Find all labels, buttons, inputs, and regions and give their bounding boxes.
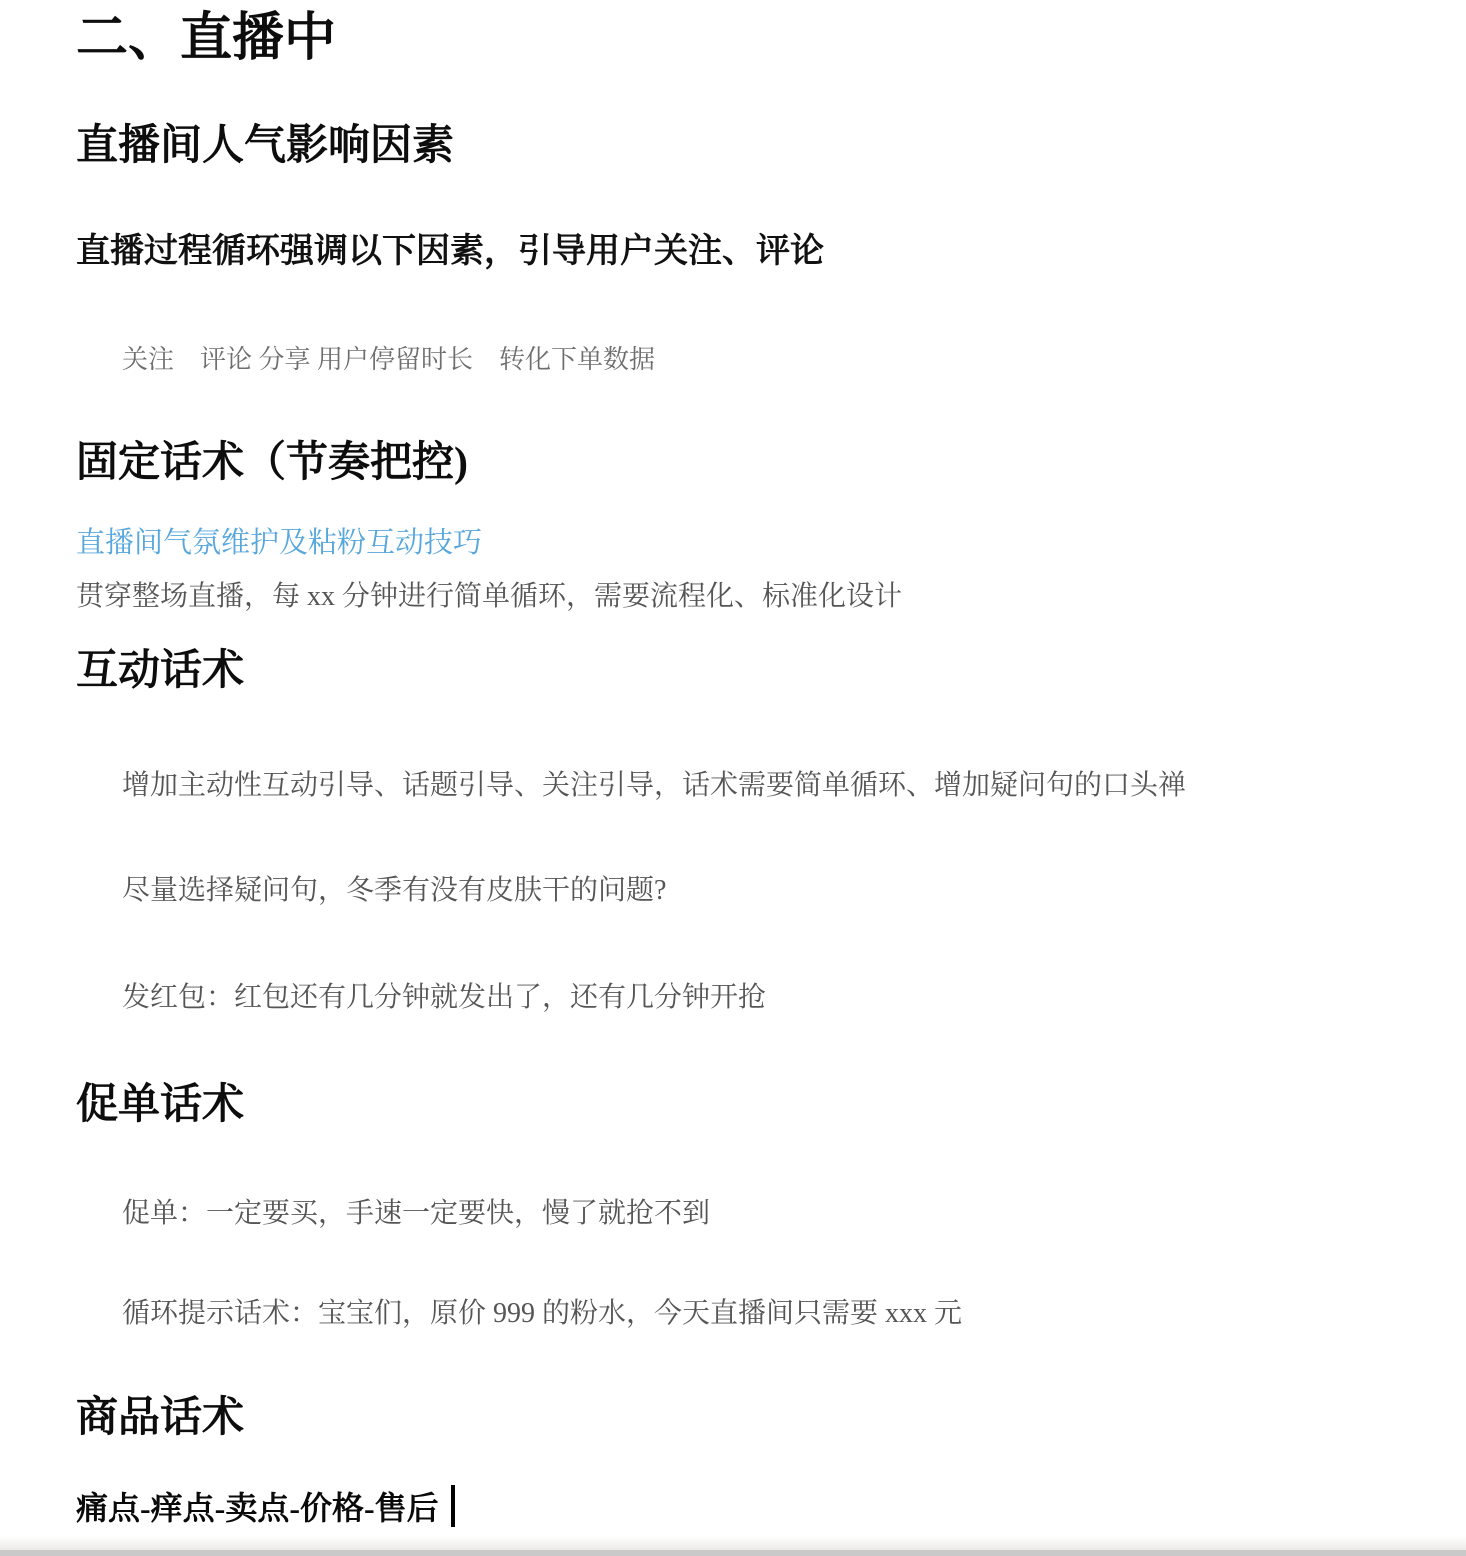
section-heading-popularity-factors: 直播间人气影响因素 — [76, 120, 1426, 173]
closing-paragraph-2: 循环提示话术：宝宝们，原价 999 的粉水，今天直播间只需要 xxx 元 — [122, 1293, 1426, 1334]
section-heading-interaction-script: 互动话术 — [76, 645, 1426, 698]
interaction-paragraph-1: 增加主动性互动引导、话题引导、关注引导，话术需要简单循环、增加疑问句的口头禅 — [122, 765, 1426, 806]
lead-paragraph: 直播过程循环强调以下因素，引导用户关注、评论 — [76, 228, 1426, 276]
document-page: { "document": { "title": "二、直播中", "secti… — [0, 0, 1466, 1556]
factors-list-line: 关注 评论 分享 用户停留时长 转化下单数据 — [122, 342, 1426, 378]
closing-paragraph-1: 促单：一定要买，手速一定要快，慢了就抢不到 — [122, 1193, 1426, 1234]
section-heading-fixed-script: 固定话术（节奏把控) — [76, 437, 1426, 490]
link-line: 直播间气氛维护及粘粉互动技巧 — [76, 524, 1426, 562]
scrollbar-track-highlight — [0, 1536, 1466, 1550]
doc-link[interactable]: 直播间气氛维护及粘粉互动技巧 — [76, 527, 482, 559]
editor-content[interactable]: 二、直播中 直播间人气影响因素 直播过程循环强调以下因素，引导用户关注、评论 关… — [0, 0, 1466, 1536]
draft-line: 痛点-痒点-卖点-价格-售后 — [76, 1485, 1426, 1531]
scrollbar-track-edge — [0, 1550, 1466, 1556]
section-heading-closing-script: 促单话术 — [76, 1079, 1426, 1132]
horizontal-scrollbar-track[interactable] — [0, 1536, 1466, 1556]
doc-title-heading: 二、直播中 — [76, 8, 1426, 70]
draft-text: 痛点-痒点-卖点-价格-售后 — [76, 1490, 439, 1526]
section-heading-product-script: 商品话术 — [76, 1392, 1426, 1445]
text-cursor — [451, 1485, 455, 1527]
interaction-paragraph-2: 尽量选择疑问句，冬季有没有皮肤干的问题? — [122, 870, 1426, 911]
interaction-paragraph-3: 发红包：红包还有几分钟就发出了，还有几分钟开抢 — [122, 977, 1426, 1018]
fixed-script-note: 贯穿整场直播，每 xx 分钟进行简单循环，需要流程化、标准化设计 — [76, 576, 1426, 617]
